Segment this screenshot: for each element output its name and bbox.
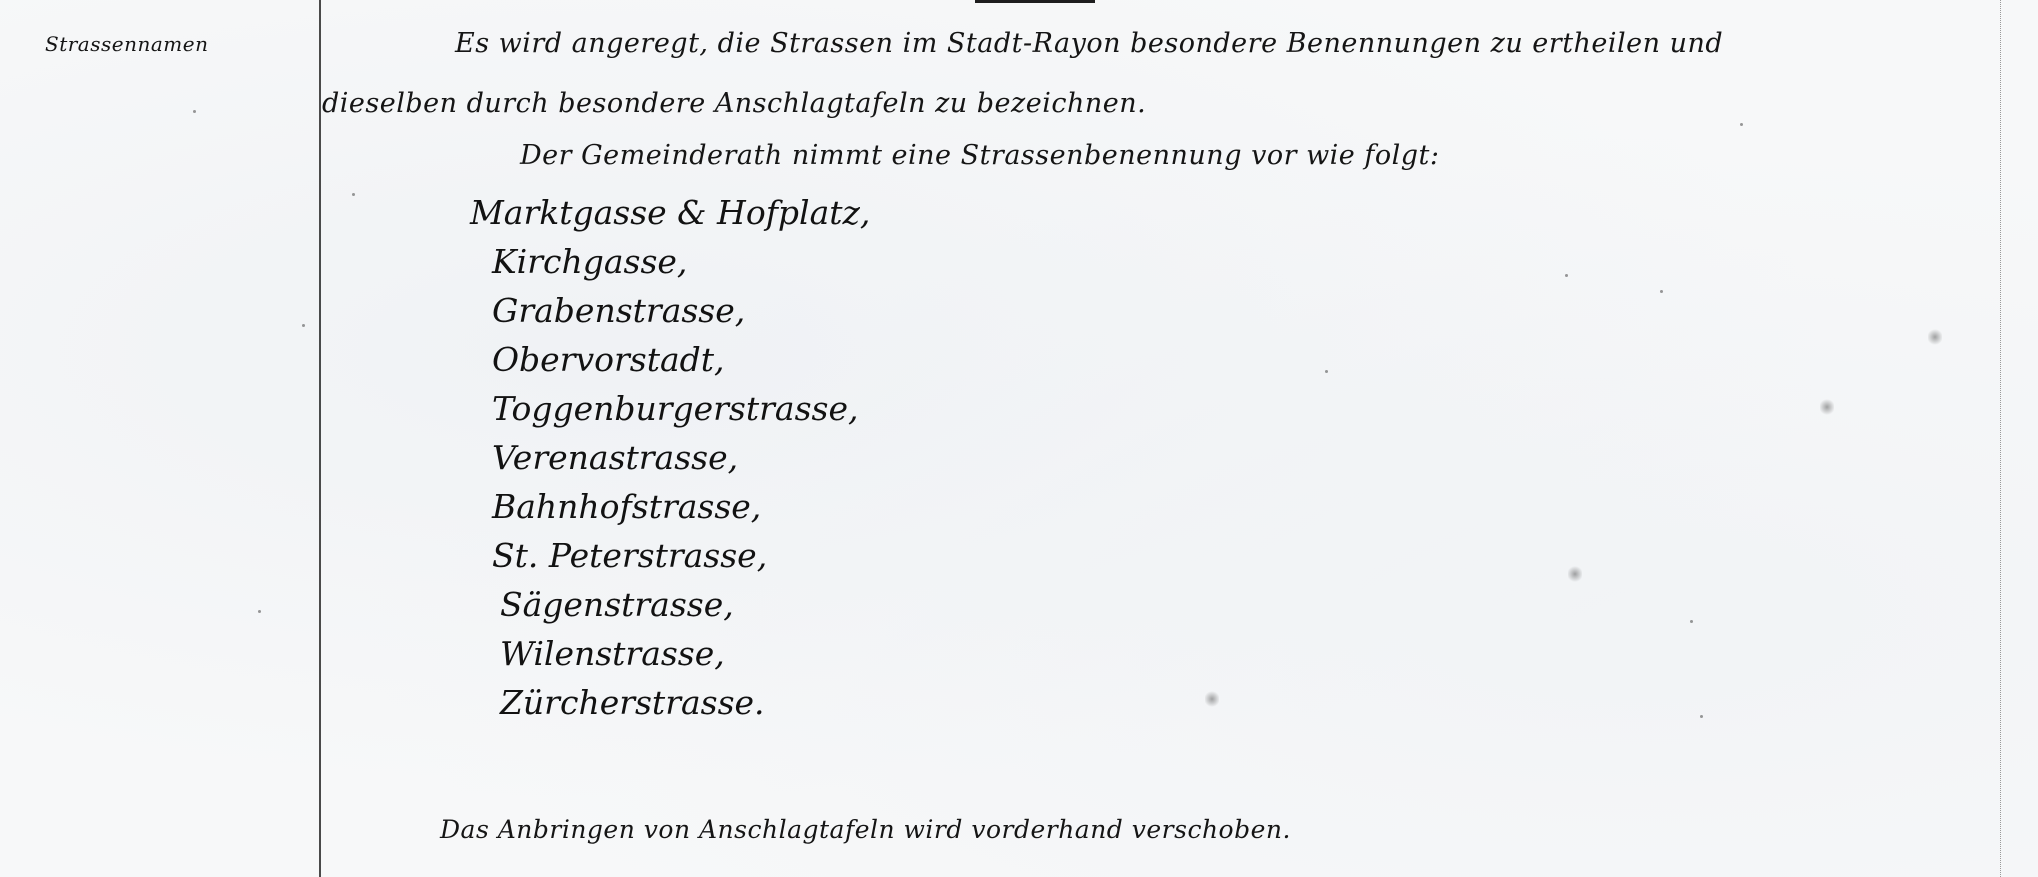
margin-rule (319, 0, 321, 877)
ink-smudge (1820, 398, 1834, 416)
street-item: Sägenstrasse, (500, 580, 870, 629)
body-line-3: Der Gemeinderath nimmt eine Strassenbene… (520, 140, 1439, 171)
paper-speck (258, 610, 261, 613)
paper-speck (1740, 123, 1743, 126)
paper-speck (302, 324, 305, 327)
body-line-1: Es wird angeregt, die Strassen im Stadt-… (455, 28, 1723, 59)
street-item: Grabenstrasse, (492, 286, 870, 335)
ink-smudge (1205, 690, 1219, 708)
street-item: Bahnhofstrasse, (492, 482, 870, 531)
street-item: Kirchgasse, (492, 237, 870, 286)
paper-speck (1690, 620, 1693, 623)
right-dotted-rule (2000, 0, 2001, 877)
paper-speck (1700, 715, 1703, 718)
paper-speck (1565, 274, 1568, 277)
street-item: Obervorstadt, (492, 335, 870, 384)
body-line-2: dieselben durch besondere Anschlagtafeln… (322, 88, 1146, 119)
paper-speck (1660, 290, 1663, 293)
document-page: Strassennamen Es wird angeregt, die Stra… (0, 0, 2038, 877)
street-list: Marktgasse & Hofplatz, Kirchgasse, Grabe… (470, 188, 870, 727)
street-item: Marktgasse & Hofplatz, (470, 188, 870, 237)
closing-line: Das Anbringen von Anschlagtafeln wird vo… (440, 815, 1291, 844)
street-item: Verenastrasse, (492, 433, 870, 482)
street-item: St. Peterstrasse, (492, 531, 870, 580)
street-item: Toggenburgerstrasse, (492, 384, 870, 433)
street-item: Zürcherstrasse. (500, 678, 870, 727)
paper-speck (352, 193, 355, 196)
street-item: Wilenstrasse, (500, 629, 870, 678)
ink-smudge (1568, 565, 1582, 583)
top-underline-fragment (975, 0, 1095, 3)
paper-speck (1325, 370, 1328, 373)
margin-heading: Strassennamen (45, 32, 208, 56)
paper-speck (193, 110, 196, 113)
ink-smudge (1928, 328, 1942, 346)
